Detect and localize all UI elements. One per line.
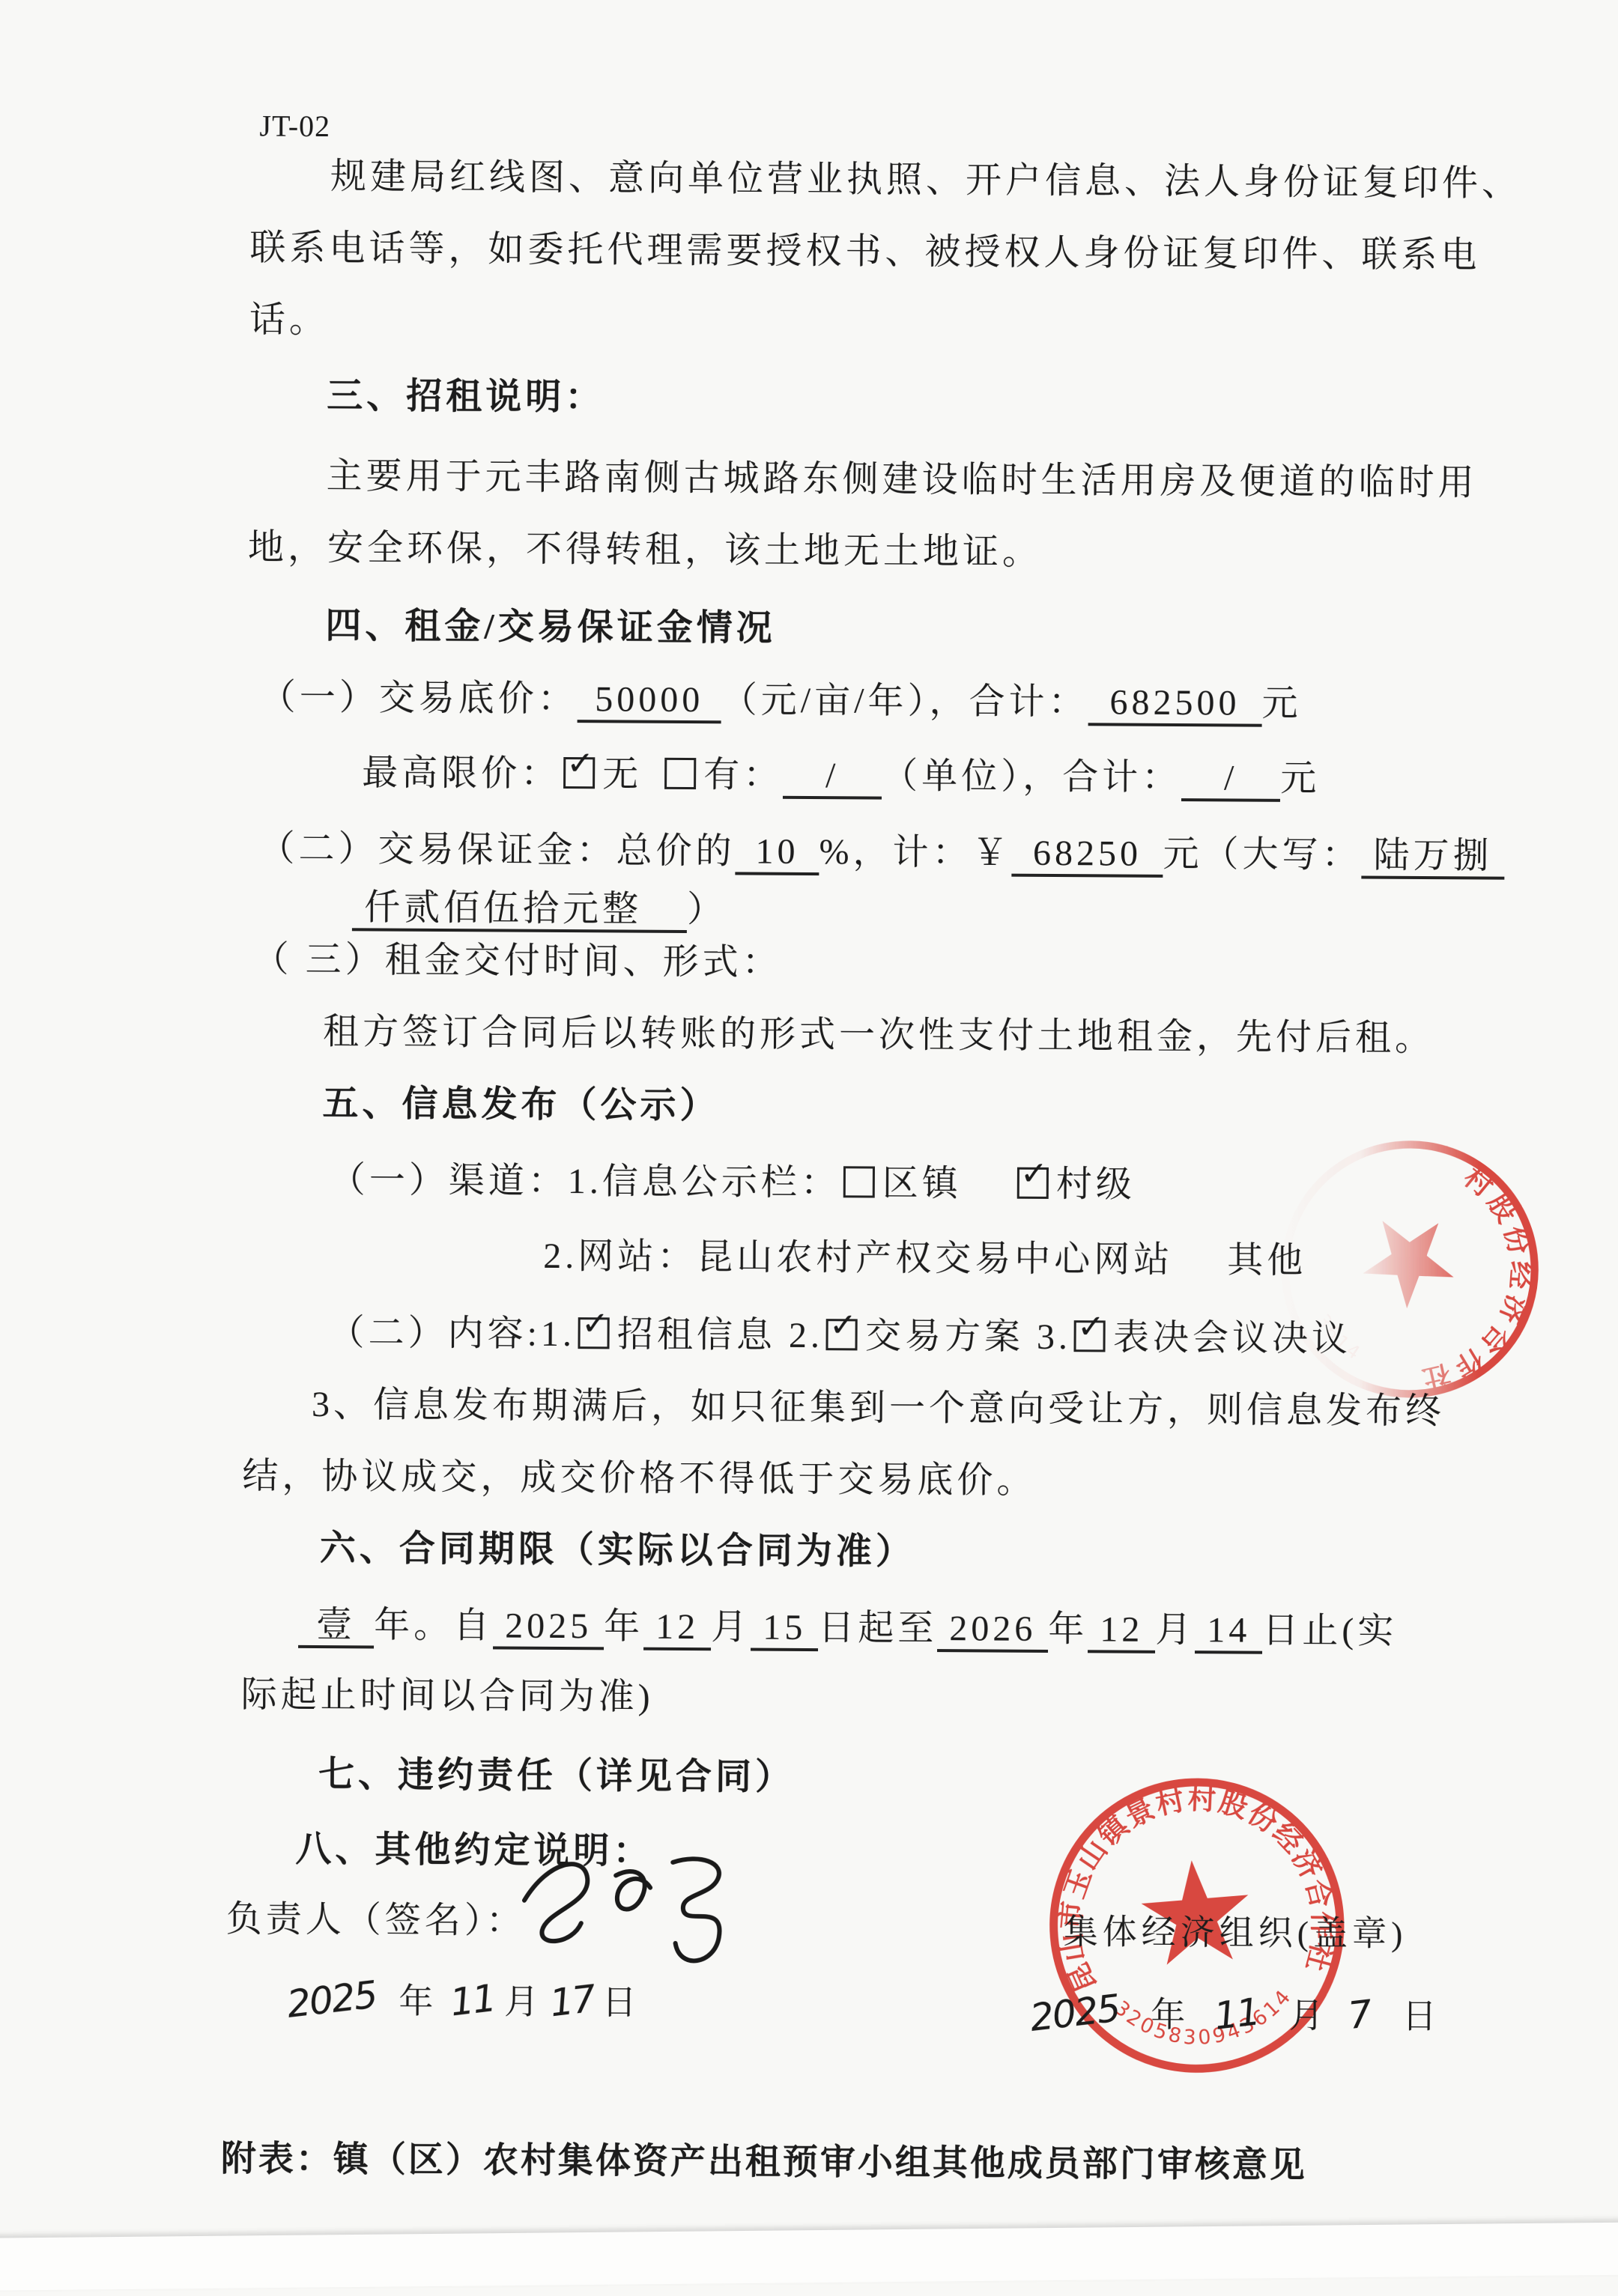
right-date-year-handwritten: 2025 [1028, 1987, 1121, 2040]
channel-district: 区镇 [882, 1164, 962, 1204]
price-cap-unit: 元 [1280, 759, 1320, 798]
check-mark-icon: ✓ [1020, 1158, 1048, 1191]
base-price-label: （一）交易底价： [260, 678, 578, 720]
content-label: （二）内容:1. [328, 1313, 575, 1354]
website-line: 2.网站：昆山农村产权交易中心网站其他 [543, 1236, 1306, 1281]
price-cap-label: 最高限价： [362, 753, 560, 794]
checkbox-village-checked: ✓ [1017, 1167, 1049, 1199]
scan-paper-edge [0, 2222, 1618, 2291]
document-content: JT-02 规建局红线图、意向单位营业执照、开户信息、法人身份证复印件、 联系电… [0, 0, 1618, 2296]
svg-text:村股份经济合作社: 村股份经济合作社 [1342, 1161, 1549, 1412]
para1-line2: 联系电话等，如委托代理需要授权书、被授权人身份证复印件、联系电 [249, 227, 1480, 276]
deposit-mid: %，计：￥ [819, 832, 1011, 873]
section3-line2: 地，安全环保，不得转租，该土地无土地证。 [248, 526, 1042, 573]
term-years: 壹 [298, 1604, 374, 1649]
section5-line4: 结，协议成交，成交价格不得低于交易底价。 [242, 1455, 1036, 1501]
deposit-caps-line2: 仟贰佰伍拾元整） [352, 887, 727, 933]
appendix-note: 附表：镇（区）农村集体资产出租预审小组其他成员部门审核意见 [221, 2138, 1307, 2185]
seal-star-icon [1349, 1195, 1474, 1319]
pay-terms-label: （ 三）租金交付时间、形式： [252, 938, 781, 983]
price-cap-value: / [783, 755, 882, 800]
pay-terms-desc: 租方签订合同后以转账的形式一次性支付土地租金，先付后租。 [323, 1011, 1434, 1059]
deposit-caps-part1: 陆万捌 [1361, 835, 1504, 880]
channel-label: （一）渠道：1.信息公示栏： [330, 1160, 840, 1203]
para1-line1: 规建局红线图、意向单位营业执照、开户信息、法人身份证复印件、 [330, 156, 1521, 204]
seal-arc-text: 村股份经济合作社 [1342, 1161, 1549, 1412]
right-date-line: 2025年11月7日 [1030, 1992, 1440, 2038]
para1-line3: 话。 [249, 299, 329, 341]
check-mark-icon: ✓ [829, 1309, 857, 1342]
checkbox-has-cap-unchecked [664, 758, 696, 789]
price-cap-total: / [1181, 757, 1280, 802]
responsible-person-label: 负责人（签名）： [226, 1898, 526, 1942]
deposit-close-paren: ） [687, 890, 727, 929]
deposit-line: （二）交易保证金：总价的10%，计：￥68250元（大写：陆万捌 [258, 828, 1504, 880]
right-date-day-handwritten: 7 [1346, 1993, 1373, 2038]
checkbox-trade-plan-checked: ✓ [826, 1319, 858, 1350]
check-mark-icon: ✓ [566, 747, 594, 780]
term-start-year: 2025 [493, 1605, 604, 1650]
section3-line1: 主要用于元丰路南侧古城路东侧建设临时生活用房及便道的临时用 [326, 455, 1477, 504]
price-cap-has: 有： [703, 755, 783, 795]
term-t7: 日止(实 [1262, 1611, 1397, 1651]
section4-heading: 四、租金/交易保证金情况 [325, 605, 776, 649]
term-line: 壹年。自2025年12月15日起至2026年12月14日止(实 [298, 1604, 1397, 1655]
deposit-percent: 10 [735, 830, 819, 875]
handwritten-signature [503, 1832, 751, 1998]
deposit-mid2: 元（大写： [1163, 834, 1361, 875]
base-price-line: （一）交易底价：50000（元/亩/年），合计：682500元 [260, 677, 1302, 728]
check-mark-icon: ✓ [1077, 1311, 1105, 1343]
term-line2: 际起止时间以合同为准) [240, 1674, 653, 1718]
checkbox-no-cap-checked: ✓ [563, 757, 595, 789]
deposit-amount: 68250 [1011, 833, 1163, 878]
channel-village: 村级 [1056, 1164, 1136, 1205]
base-price-unit: 元 [1261, 684, 1301, 723]
term-t3: 月 [711, 1607, 751, 1647]
left-date-month-char: 月 [504, 1983, 542, 2021]
price-cap-none: 无 [602, 754, 642, 794]
right-date-day-char: 日 [1402, 1997, 1440, 2035]
collective-org-stamp-label: 集体经济组织(盖章) [1064, 1913, 1408, 1955]
section7-heading: 七、违约责任（详见合同） [318, 1754, 795, 1798]
left-date-day-handwritten: 17 [548, 1978, 597, 2026]
base-price-value: 50000 [578, 678, 721, 723]
section5-heading: 五、信息发布（公示） [322, 1083, 719, 1126]
section3-heading: 三、招租说明： [327, 375, 605, 418]
base-total-value: 682500 [1088, 681, 1261, 727]
term-t5: 年 [1048, 1609, 1088, 1649]
right-date-year-char: 年 [1151, 1996, 1189, 2034]
official-seal-partial: 村股份经济合作社 3614 [1270, 1126, 1549, 1412]
left-date-line: 2025年11月17日 [287, 1978, 640, 2023]
term-end-year: 2026 [937, 1608, 1048, 1653]
checkbox-vote-minutes-checked: ✓ [1074, 1320, 1106, 1352]
term-start-day: 15 [751, 1607, 818, 1652]
left-date-year-handwritten: 2025 [285, 1973, 378, 2026]
checkbox-rental-info-checked: ✓ [578, 1317, 610, 1349]
form-code: JT-02 [259, 109, 330, 144]
term-t1: 年。自 [374, 1605, 493, 1645]
term-t6: 月 [1155, 1610, 1195, 1650]
deposit-caps-part2: 仟贰佰伍拾元整 [352, 887, 687, 933]
channel-line: （一）渠道：1.信息公示栏：区镇✓村级 [330, 1159, 1136, 1206]
left-date-day-char: 日 [602, 1983, 640, 2021]
deposit-label: （二）交易保证金：总价的 [258, 829, 735, 872]
term-t2: 年 [604, 1606, 643, 1646]
website-label: 2.网站：昆山农村产权交易中心网站 [543, 1236, 1173, 1280]
base-price-mid: （元/亩/年），合计： [721, 680, 1088, 722]
term-t4: 日起至 [818, 1608, 937, 1648]
price-cap-line: 最高限价：✓无有：/（单位），合计：/元 [362, 752, 1320, 802]
section6-heading: 六、合同期限（实际以合同为准） [320, 1528, 915, 1573]
right-date-month-handwritten: 11 [1212, 1990, 1261, 2038]
term-end-month: 12 [1088, 1609, 1155, 1653]
term-end-day: 14 [1195, 1609, 1262, 1654]
checkbox-district-unchecked [843, 1166, 875, 1197]
check-mark-icon: ✓ [581, 1308, 609, 1340]
left-date-month-handwritten: 11 [448, 1977, 497, 2025]
content-opt1: 招租信息 2. [617, 1314, 823, 1355]
term-start-month: 12 [643, 1606, 711, 1651]
price-cap-mid: （单位），合计： [882, 756, 1181, 798]
right-date-month-char: 月 [1289, 1996, 1327, 2035]
left-date-year-char: 年 [399, 1982, 437, 2020]
content-opt2: 交易方案 3. [865, 1316, 1071, 1357]
content-line: （二）内容:1.✓招租信息 2.✓交易方案 3.✓表决会议决议 [328, 1312, 1351, 1360]
scanned-document-page: JT-02 规建局红线图、意向单位营业执照、开户信息、法人身份证复印件、 联系电… [0, 0, 1618, 2296]
